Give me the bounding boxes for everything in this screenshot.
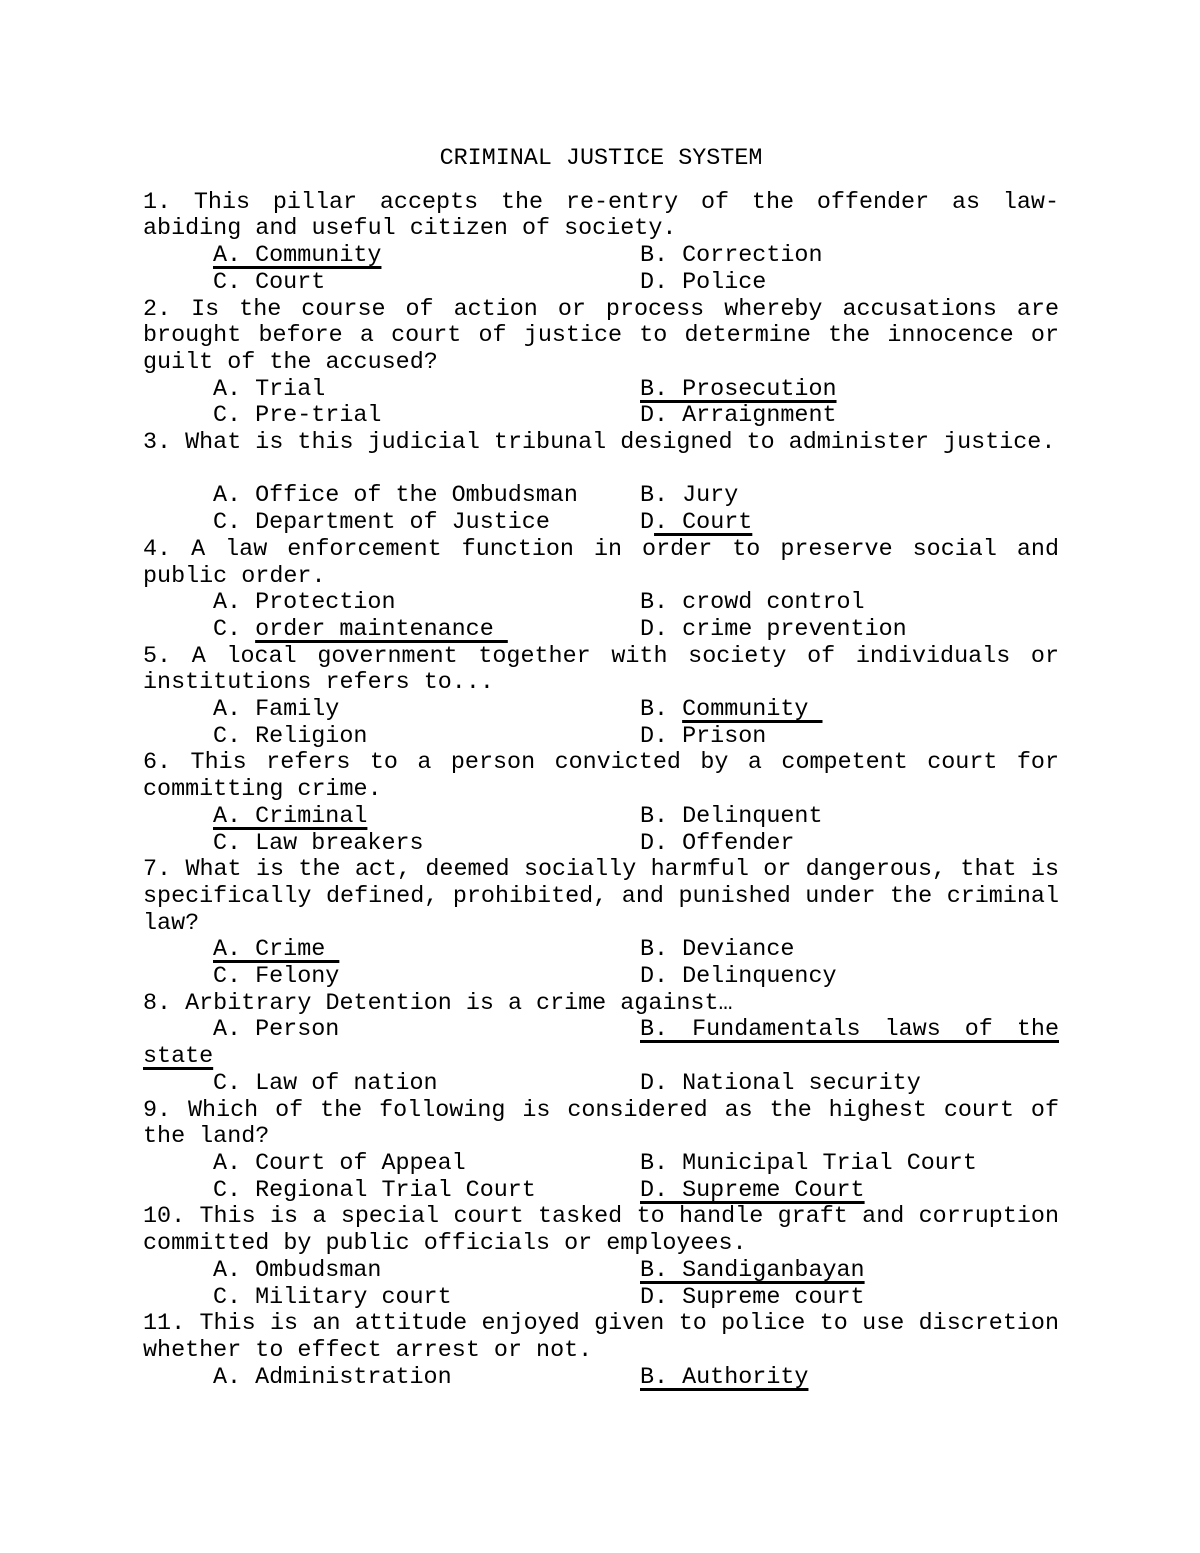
- underlined-answer-text: . Court: [654, 510, 752, 536]
- option-cell-left: A. Crime: [143, 937, 640, 964]
- underlined-answer-text: Community: [682, 697, 822, 723]
- document-page: { "page": { "title": "CRIMINAL JUSTICE S…: [0, 0, 1200, 1553]
- option-cell-right: D. Arraignment: [640, 403, 1059, 430]
- option-row: A. OmbudsmanB. Sandiganbayan: [143, 1258, 1059, 1285]
- question-text-line: 5. A local government together with soci…: [143, 644, 1059, 671]
- question-text-line: 3. What is this judicial tribunal design…: [143, 430, 1059, 457]
- question-5: 5. A local government together with soci…: [143, 644, 1059, 751]
- question-1: 1. This pillar accepts the re-entry of t…: [143, 190, 1059, 297]
- option-text: B. Municipal Trial Court: [640, 1151, 977, 1177]
- option-cell-right: D. Delinquency: [640, 964, 1059, 991]
- option-text: D. National security: [640, 1071, 921, 1097]
- question-text-line: 8. Arbitrary Detention is a crime agains…: [143, 991, 1059, 1018]
- question-text-line: 9. Which of the following is considered …: [143, 1098, 1059, 1125]
- option-cell-right: B. Prosecution: [640, 377, 1059, 404]
- question-text-line: committed by public officials or employe…: [143, 1231, 1059, 1258]
- question-text-line: 2. Is the course of action or process wh…: [143, 297, 1059, 324]
- option-text: A. Administration: [213, 1365, 452, 1391]
- option-text: D: [640, 510, 654, 536]
- option-row: A. Court of AppealB. Municipal Trial Cou…: [143, 1151, 1059, 1178]
- option-text: A. Person: [213, 1017, 339, 1043]
- option-cell-right: B. Delinquent: [640, 804, 1059, 831]
- option-cell-right: B. crowd control: [640, 590, 1059, 617]
- option-cell-right: B. Municipal Trial Court: [640, 1151, 1059, 1178]
- option-cell-right: B. Fundamentals laws of the: [640, 1017, 1059, 1044]
- option-cell-left: C. Law breakers: [143, 831, 640, 858]
- option-text: B. Delinquent: [640, 804, 822, 830]
- option-text: A. Family: [213, 697, 339, 723]
- option-cell-left: C. Court: [143, 270, 640, 297]
- option-cell-left: A. Ombudsman: [143, 1258, 640, 1285]
- option-cell-right: B. Authority: [640, 1365, 1059, 1392]
- option-text: B. crowd control: [640, 590, 865, 616]
- option-text: C. Regional Trial Court: [213, 1178, 536, 1204]
- question-6: 6. This refers to a person convicted by …: [143, 750, 1059, 857]
- option-row: C. Pre-trialD. Arraignment: [143, 403, 1059, 430]
- option-cell-left: C. Department of Justice: [143, 510, 640, 537]
- option-text: C.: [213, 617, 255, 643]
- option-cell-right: B. Community: [640, 697, 1059, 724]
- option-cell-right: D. Supreme court: [640, 1285, 1059, 1312]
- option-text: C. Pre-trial: [213, 403, 381, 429]
- option-row: C. ReligionD. Prison: [143, 724, 1059, 751]
- option-text: C. Law of nation: [213, 1071, 438, 1097]
- option-cell-left: A. Trial: [143, 377, 640, 404]
- option-text: D. Arraignment: [640, 403, 837, 429]
- question-text-line: whether to effect arrest or not.: [143, 1338, 1059, 1365]
- document-body: CRIMINAL JUSTICE SYSTEM 1. This pillar a…: [143, 146, 1059, 1391]
- question-4: 4. A law enforcement function in order t…: [143, 537, 1059, 644]
- option-cell-right: D. Supreme Court: [640, 1178, 1059, 1205]
- option-cell-left: A. Community: [143, 243, 640, 270]
- option-cell-left: C. Religion: [143, 724, 640, 751]
- underlined-answer-text: A. Criminal: [213, 804, 367, 830]
- question-text-line: 11. This is an attitude enjoyed given to…: [143, 1311, 1059, 1338]
- option-cell-left: C. Military court: [143, 1285, 640, 1312]
- question-text-line: 4. A law enforcement function in order t…: [143, 537, 1059, 564]
- question-8: 8. Arbitrary Detention is a crime agains…: [143, 991, 1059, 1098]
- question-11: 11. This is an attitude enjoyed given to…: [143, 1311, 1059, 1391]
- option-row: A. ProtectionB. crowd control: [143, 590, 1059, 617]
- question-text-line: institutions refers to...: [143, 670, 1059, 697]
- document-title: CRIMINAL JUSTICE SYSTEM: [143, 146, 1059, 173]
- option-row: C. FelonyD. Delinquency: [143, 964, 1059, 991]
- question-text-line: 1. This pillar accepts the re-entry of t…: [143, 190, 1059, 217]
- question-text-line: specifically defined, prohibited, and pu…: [143, 884, 1059, 911]
- underlined-answer-text: order maintenance: [255, 617, 508, 643]
- option-cell-right: D. Police: [640, 270, 1059, 297]
- underlined-answer-text: B. Prosecution: [640, 377, 837, 403]
- option-text: A. Protection: [213, 590, 395, 616]
- option-row: C. Department of JusticeD. Court: [143, 510, 1059, 537]
- option-row: C. Law of nationD. National security: [143, 1071, 1059, 1098]
- option-text: C. Religion: [213, 724, 367, 750]
- option-text: A. Ombudsman: [213, 1258, 381, 1284]
- option-cell-left: A. Person: [143, 1017, 640, 1044]
- option-text: C. Law breakers: [213, 831, 424, 857]
- question-text-line: 10. This is a special court tasked to ha…: [143, 1204, 1059, 1231]
- option-row: A. CommunityB. Correction: [143, 243, 1059, 270]
- question-text-line: law?: [143, 911, 1059, 938]
- option-cell-right: B. Sandiganbayan: [640, 1258, 1059, 1285]
- option-row: A. FamilyB. Community: [143, 697, 1059, 724]
- underlined-answer-text: A. Community: [213, 243, 381, 269]
- underlined-answer-text: B. Sandiganbayan: [640, 1258, 865, 1284]
- option-text: D. Supreme court: [640, 1285, 865, 1311]
- option-text: A. Trial: [213, 377, 325, 403]
- option-cell-right: D. Prison: [640, 724, 1059, 751]
- question-text-line: committing crime.: [143, 777, 1059, 804]
- option-cell-right: D. Offender: [640, 831, 1059, 858]
- option-text: C. Felony: [213, 964, 339, 990]
- question-text-line: the land?: [143, 1124, 1059, 1151]
- option-row: A. Crime B. Deviance: [143, 937, 1059, 964]
- option-cell-left: C. Regional Trial Court: [143, 1178, 640, 1205]
- option-cell-left: C. Pre-trial: [143, 403, 640, 430]
- option-text: C. Military court: [213, 1285, 452, 1311]
- underlined-answer-text: D. Supreme Court: [640, 1178, 865, 1204]
- question-text-line: abiding and useful citizen of society.: [143, 216, 1059, 243]
- option-cell-left: A. Family: [143, 697, 640, 724]
- option-cell-left: C. order maintenance: [143, 617, 640, 644]
- option-row: A. PersonB. Fundamentals laws of the: [143, 1017, 1059, 1044]
- option-cell-left: A. Criminal: [143, 804, 640, 831]
- question-text-line: public order.: [143, 564, 1059, 591]
- option-cell-right: B. Deviance: [640, 937, 1059, 964]
- option-text: B.: [640, 697, 682, 723]
- underlined-answer-text: B. Authority: [640, 1365, 808, 1391]
- option-cell-right: D. Court: [640, 510, 1059, 537]
- question-text-line: guilt of the accused?: [143, 350, 1059, 377]
- option-row: A. TrialB. Prosecution: [143, 377, 1059, 404]
- option-text: D. Delinquency: [640, 964, 837, 990]
- option-text: D. Police: [640, 270, 766, 296]
- option-row: C. Regional Trial CourtD. Supreme Court: [143, 1178, 1059, 1205]
- question-text-line: 7. What is the act, deemed socially harm…: [143, 857, 1059, 884]
- option-cell-right: B. Jury: [640, 483, 1059, 510]
- underlined-answer-text: state: [143, 1044, 213, 1070]
- blank-line: [143, 457, 1059, 484]
- option-row: C. CourtD. Police: [143, 270, 1059, 297]
- option-cell-left: A. Administration: [143, 1365, 640, 1392]
- question-9: 9. Which of the following is considered …: [143, 1098, 1059, 1205]
- option-continuation-line: state: [143, 1044, 1059, 1071]
- option-cell-right: D. National security: [640, 1071, 1059, 1098]
- option-cell-right: D. crime prevention: [640, 617, 1059, 644]
- option-row: C. Military courtD. Supreme court: [143, 1285, 1059, 1312]
- option-cell-left: A. Protection: [143, 590, 640, 617]
- option-text: B. Deviance: [640, 937, 794, 963]
- underlined-answer-text: A. Crime: [213, 937, 339, 963]
- option-text: C. Court: [213, 270, 325, 296]
- question-text-line: 6. This refers to a person convicted by …: [143, 750, 1059, 777]
- option-text: B. Correction: [640, 243, 822, 269]
- option-text: D. Offender: [640, 831, 794, 857]
- option-text: D. crime prevention: [640, 617, 907, 643]
- option-text: A. Office of the Ombudsman: [213, 483, 578, 509]
- option-row: C. order maintenance D. crime prevention: [143, 617, 1059, 644]
- option-row: A. AdministrationB. Authority: [143, 1365, 1059, 1392]
- option-row: A. CriminalB. Delinquent: [143, 804, 1059, 831]
- question-10: 10. This is a special court tasked to ha…: [143, 1204, 1059, 1311]
- underlined-answer-text: B. Fundamentals laws of the: [640, 1017, 1059, 1043]
- option-cell-left: A. Court of Appeal: [143, 1151, 640, 1178]
- option-row: A. Office of the OmbudsmanB. Jury: [143, 483, 1059, 510]
- option-text: D. Prison: [640, 724, 766, 750]
- question-text-line: brought before a court of justice to det…: [143, 323, 1059, 350]
- option-cell-left: C. Law of nation: [143, 1071, 640, 1098]
- option-text: B. Jury: [640, 483, 738, 509]
- option-cell-left: A. Office of the Ombudsman: [143, 483, 640, 510]
- option-text: A. Court of Appeal: [213, 1151, 466, 1177]
- question-7: 7. What is the act, deemed socially harm…: [143, 857, 1059, 991]
- question-3: 3. What is this judicial tribunal design…: [143, 430, 1059, 537]
- option-text: C. Department of Justice: [213, 510, 550, 536]
- option-row: C. Law breakersD. Offender: [143, 831, 1059, 858]
- option-cell-right: B. Correction: [640, 243, 1059, 270]
- question-2: 2. Is the course of action or process wh…: [143, 297, 1059, 431]
- questions: 1. This pillar accepts the re-entry of t…: [143, 190, 1059, 1392]
- option-cell-left: C. Felony: [143, 964, 640, 991]
